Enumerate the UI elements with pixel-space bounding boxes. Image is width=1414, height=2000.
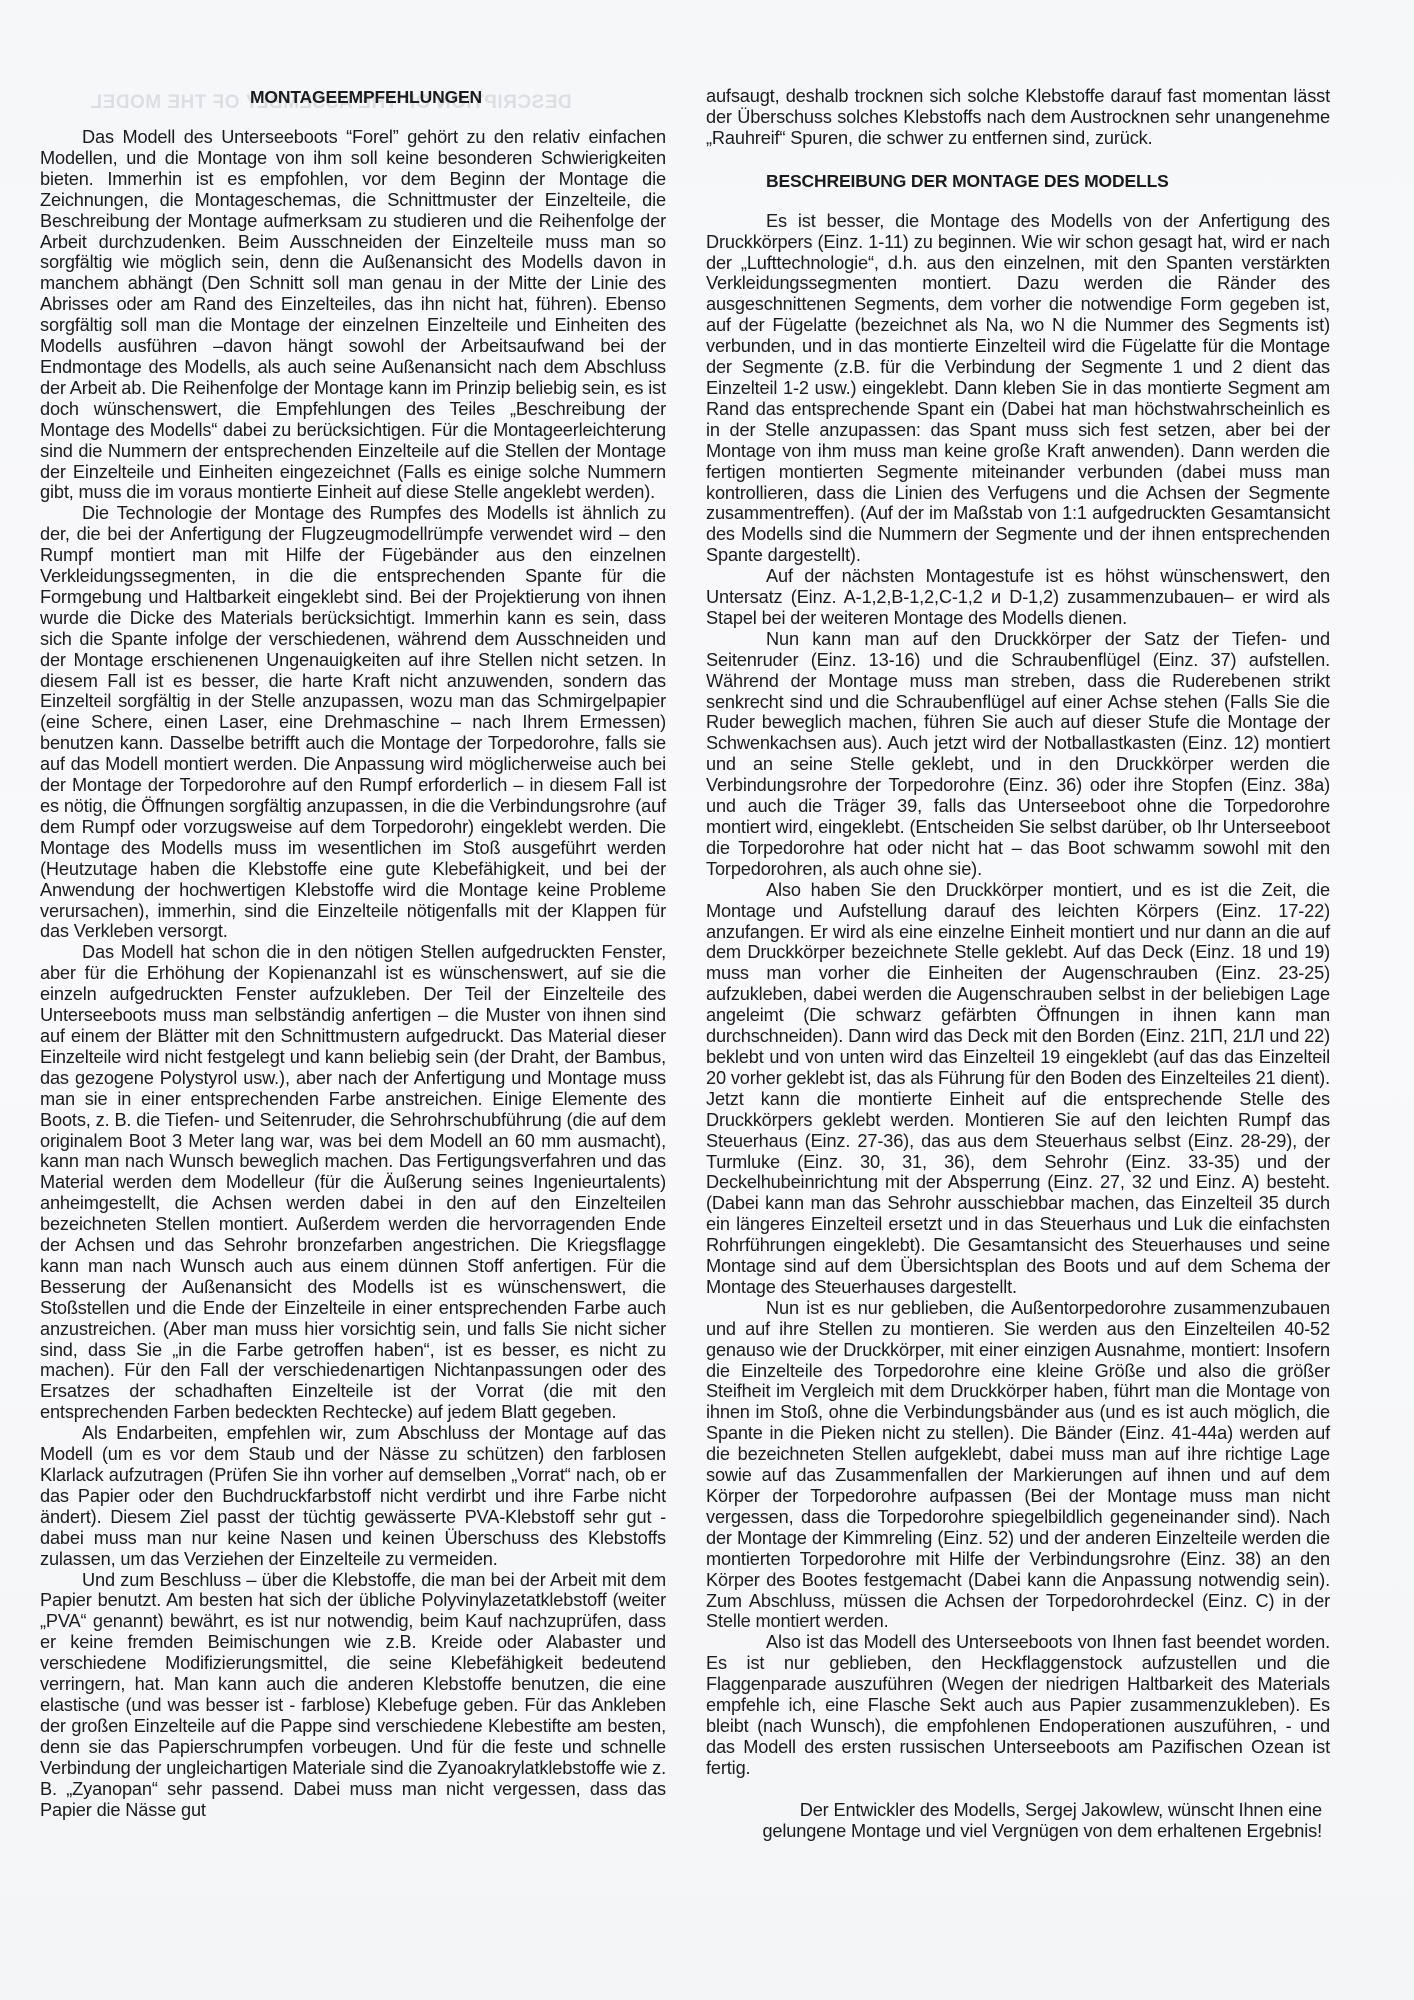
continuation-paragraph: aufsaugt, deshalb trocknen sich solche K… [706,86,1330,149]
paragraph: Das Modell des Unterseeboots “Forel” geh… [40,127,666,503]
paragraph: Nun ist es nur geblieben, die Außentorpe… [706,1298,1330,1633]
paragraph: Also ist das Modell des Unterseeboots vo… [706,1632,1330,1778]
paragraph: Das Modell hat schon die in den nötigen … [40,942,666,1423]
heading-beschreibung: BESCHREIBUNG DER MONTAGE DES MODELLS [706,170,1330,192]
paragraph: Nun kann man auf den Druckkörper der Sat… [706,629,1330,880]
paragraph: Es ist besser, die Montage des Modells v… [706,211,1330,566]
paragraph: Auf der nächsten Montagestufe ist es höh… [706,566,1330,629]
closing-line-2: gelungene Montage und viel Vergnügen von… [706,1821,1322,1842]
paragraph: Also haben Sie den Druckkörper montiert,… [706,880,1330,1298]
heading-montageempfehlungen: MONTAGEEMPFEHLUNGEN [40,86,666,108]
document-page: DESCRIPTION OF THE ASSEMBLY OF THE MODEL… [0,0,1414,2000]
paragraph: Die Technologie der Montage des Rumpfes … [40,503,666,942]
left-column: MONTAGEEMPFEHLUNGEN Das Modell des Unter… [40,86,666,1820]
closing-signature: Der Entwickler des Modells, Sergej Jakow… [706,1800,1330,1842]
closing-line-1: Der Entwickler des Modells, Sergej Jakow… [706,1800,1322,1821]
paragraph: Und zum Beschluss – über die Klebstoffe,… [40,1570,666,1821]
right-column: aufsaugt, deshalb trocknen sich solche K… [706,86,1330,1842]
paragraph: Als Endarbeiten, empfehlen wir, zum Absc… [40,1423,666,1569]
